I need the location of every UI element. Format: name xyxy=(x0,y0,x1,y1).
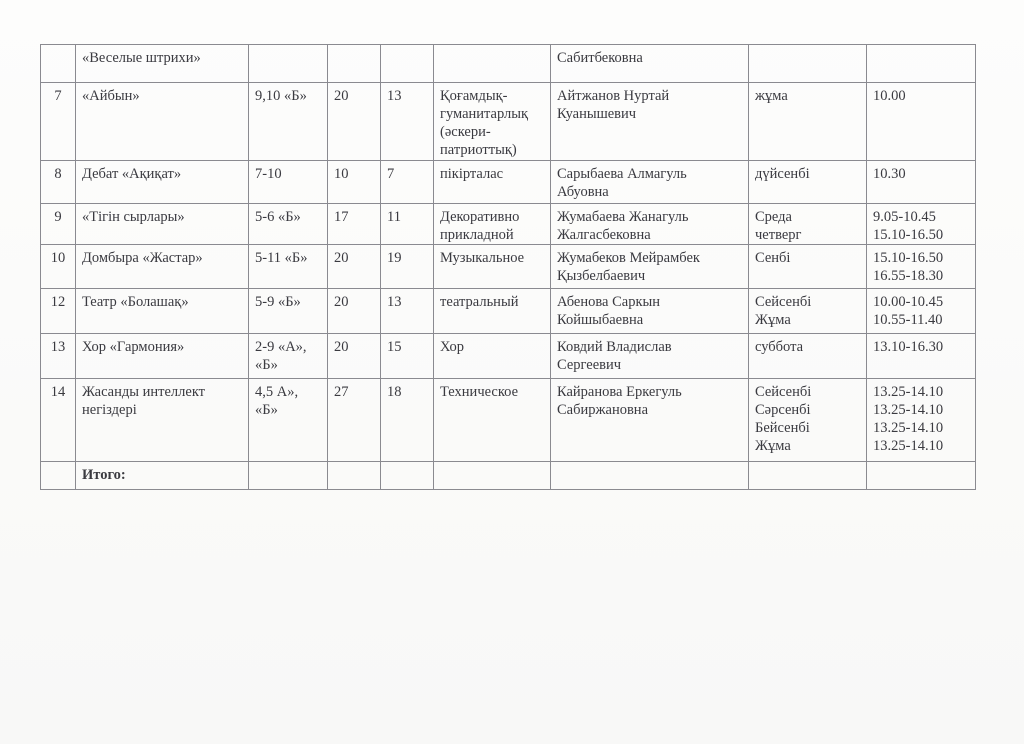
direction-line: (әскери- xyxy=(440,123,544,141)
teacher-cell: Сабитбековна xyxy=(551,45,749,83)
teacher-line: Сарыбаева Алмагуль xyxy=(557,165,742,183)
grade-line: 7-10 xyxy=(255,165,321,183)
days-cell: Средачетверг xyxy=(749,204,867,245)
direction-line: гуманитарлық xyxy=(440,105,544,123)
count-value: 13 xyxy=(387,294,402,310)
table-row: 10Домбыра «Жастар»5-11 «Б»2019Музыкально… xyxy=(41,245,976,289)
club-name-line: Театр «Болашақ» xyxy=(82,293,242,311)
table-row: 8Дебат «Ақиқат»7-10107пікірталасСарыбаев… xyxy=(41,161,976,204)
count-value: 13 xyxy=(387,88,402,104)
total-direction-cell xyxy=(434,462,551,490)
students-value: 20 xyxy=(334,88,349,104)
days-line: Жұма xyxy=(755,437,860,455)
days-cell: дүйсенбі xyxy=(749,161,867,204)
number-value: 14 xyxy=(51,384,66,400)
direction-line: патриоттық) xyxy=(440,141,544,159)
grade-cell: 4,5 А»,«Б» xyxy=(249,379,328,462)
times-line: 13.25-14.10 xyxy=(873,401,969,419)
grade-line: «Б» xyxy=(255,356,321,374)
club-name-line: «Айбын» xyxy=(82,87,242,105)
club-name-cell: «Веселые штрихи» xyxy=(76,45,249,83)
direction-cell: пікірталас xyxy=(434,161,551,204)
total-grade-cell xyxy=(249,462,328,490)
direction-line: пікірталас xyxy=(440,165,544,183)
table-row: «Веселые штрихи»Сабитбековна xyxy=(41,45,976,83)
teacher-line: Кайранова Еркегуль xyxy=(557,383,742,401)
direction-line: Хор xyxy=(440,338,544,356)
count-value: 18 xyxy=(387,384,402,400)
students-cell: 10 xyxy=(328,161,381,204)
club-name-line: негіздері xyxy=(82,401,242,419)
number-cell: 7 xyxy=(41,83,76,161)
students-cell: 20 xyxy=(328,245,381,289)
direction-line: Техническое xyxy=(440,383,544,401)
times-line: 10.55-11.40 xyxy=(873,311,969,329)
club-name-line: Дебат «Ақиқат» xyxy=(82,165,242,183)
grade-line: 5-6 «Б» xyxy=(255,208,321,226)
number-cell: 12 xyxy=(41,289,76,334)
total-times-cell xyxy=(867,462,976,490)
times-cell: 10.00 xyxy=(867,83,976,161)
count-cell xyxy=(381,45,434,83)
table-row: 14Жасанды интеллектнегіздері4,5 А»,«Б»27… xyxy=(41,379,976,462)
club-name-line: Жасанды интеллект xyxy=(82,383,242,401)
days-line: Среда xyxy=(755,208,860,226)
times-cell: 10.00-10.4510.55-11.40 xyxy=(867,289,976,334)
count-cell: 7 xyxy=(381,161,434,204)
times-line: 10.00-10.45 xyxy=(873,293,969,311)
number-cell: 13 xyxy=(41,334,76,379)
table-row: 12Театр «Болашақ»5-9 «Б»2013театральныйА… xyxy=(41,289,976,334)
grade-line: 9,10 «Б» xyxy=(255,87,321,105)
students-cell: 20 xyxy=(328,83,381,161)
grade-cell: 9,10 «Б» xyxy=(249,83,328,161)
days-line: Сәрсенбі xyxy=(755,401,860,419)
students-value: 17 xyxy=(334,209,349,225)
teacher-line: Жумабеков Мейрамбек xyxy=(557,249,742,267)
teacher-line: Сергеевич xyxy=(557,356,742,374)
number-value: 10 xyxy=(51,250,66,266)
days-line: Сенбі xyxy=(755,249,860,267)
number-cell: 8 xyxy=(41,161,76,204)
count-value: 19 xyxy=(387,250,402,266)
days-line: суббота xyxy=(755,338,860,356)
times-line: 10.30 xyxy=(873,165,969,183)
direction-cell: Музыкальное xyxy=(434,245,551,289)
club-name-cell: «Айбын» xyxy=(76,83,249,161)
club-name-cell: Жасанды интеллектнегіздері xyxy=(76,379,249,462)
teacher-line: Куанышевич xyxy=(557,105,742,123)
grade-cell: 2-9 «А»,«Б» xyxy=(249,334,328,379)
days-cell: жұма xyxy=(749,83,867,161)
times-cell: 13.25-14.1013.25-14.1013.25-14.1013.25-1… xyxy=(867,379,976,462)
count-cell: 13 xyxy=(381,83,434,161)
students-cell xyxy=(328,45,381,83)
total-count-cell xyxy=(381,462,434,490)
grade-line: 5-9 «Б» xyxy=(255,293,321,311)
number-value: 8 xyxy=(54,166,61,182)
times-line: 9.05-10.45 xyxy=(873,208,969,226)
grade-cell xyxy=(249,45,328,83)
students-value: 27 xyxy=(334,384,349,400)
teacher-line: Абенова Саркын xyxy=(557,293,742,311)
times-line: 15.10-16.50 xyxy=(873,226,969,244)
number-cell: 9 xyxy=(41,204,76,245)
times-cell: 9.05-10.4515.10-16.50 xyxy=(867,204,976,245)
times-cell: 13.10-16.30 xyxy=(867,334,976,379)
teacher-line: Сабитбековна xyxy=(557,49,742,67)
club-name-line: Домбыра «Жастар» xyxy=(82,249,242,267)
teacher-cell: Ковдий ВладиславСергеевич xyxy=(551,334,749,379)
direction-line: Қоғамдық- xyxy=(440,87,544,105)
club-name-cell: «Тігін сырлары» xyxy=(76,204,249,245)
direction-line: театральный xyxy=(440,293,544,311)
total-students-cell xyxy=(328,462,381,490)
club-name-cell: Хор «Гармония» xyxy=(76,334,249,379)
times-cell xyxy=(867,45,976,83)
number-value: 9 xyxy=(54,209,61,225)
club-name-line: «Тігін сырлары» xyxy=(82,208,242,226)
club-name-cell: Домбыра «Жастар» xyxy=(76,245,249,289)
total-teacher-cell xyxy=(551,462,749,490)
direction-line: Музыкальное xyxy=(440,249,544,267)
students-cell: 20 xyxy=(328,334,381,379)
club-name-line: Хор «Гармония» xyxy=(82,338,242,356)
days-line: Бейсенбі xyxy=(755,419,860,437)
days-line: жұма xyxy=(755,87,860,105)
students-cell: 27 xyxy=(328,379,381,462)
direction-cell: Хор xyxy=(434,334,551,379)
teacher-cell: Абенова СаркынКойшыбаевна xyxy=(551,289,749,334)
grade-cell: 5-9 «Б» xyxy=(249,289,328,334)
teacher-line: Койшыбаевна xyxy=(557,311,742,329)
direction-line: Декоративно xyxy=(440,208,544,226)
grade-line: «Б» xyxy=(255,401,321,419)
days-cell: суббота xyxy=(749,334,867,379)
students-cell: 20 xyxy=(328,289,381,334)
number-value: 7 xyxy=(54,88,61,104)
times-line: 10.00 xyxy=(873,87,969,105)
count-value: 7 xyxy=(387,166,394,182)
number-cell xyxy=(41,45,76,83)
direction-cell: Декоративноприкладной xyxy=(434,204,551,245)
count-cell: 15 xyxy=(381,334,434,379)
number-value: 13 xyxy=(51,339,66,355)
direction-cell xyxy=(434,45,551,83)
students-cell: 17 xyxy=(328,204,381,245)
days-line: четверг xyxy=(755,226,860,244)
students-value: 10 xyxy=(334,166,349,182)
total-label: Итого: xyxy=(82,467,126,483)
scanned-document-page: «Веселые штрихи»Сабитбековна7«Айбын»9,10… xyxy=(0,0,1024,744)
students-value: 20 xyxy=(334,339,349,355)
teacher-cell: Жумабаева ЖанагульЖалгасбековна xyxy=(551,204,749,245)
teacher-line: Айтжанов Нуртай xyxy=(557,87,742,105)
teacher-cell: Сарыбаева АлмагульАбуовна xyxy=(551,161,749,204)
grade-line: 5-11 «Б» xyxy=(255,249,321,267)
table-body: «Веселые штрихи»Сабитбековна7«Айбын»9,10… xyxy=(41,45,976,462)
table-row: 7«Айбын»9,10 «Б»2013Қоғамдық-гуманитарлы… xyxy=(41,83,976,161)
club-name-cell: Театр «Болашақ» xyxy=(76,289,249,334)
teacher-line: Сабиржановна xyxy=(557,401,742,419)
total-days-cell xyxy=(749,462,867,490)
count-cell: 13 xyxy=(381,289,434,334)
total-no-cell xyxy=(41,462,76,490)
days-line: Сейсенбі xyxy=(755,383,860,401)
times-line: 13.25-14.10 xyxy=(873,437,969,455)
table-row: 9«Тігін сырлары»5-6 «Б»1711Декоративнопр… xyxy=(41,204,976,245)
count-value: 11 xyxy=(387,209,401,225)
teacher-line: Жумабаева Жанагуль xyxy=(557,208,742,226)
days-cell: СейсенбіСәрсенбіБейсенбіЖұма xyxy=(749,379,867,462)
grade-line: 4,5 А», xyxy=(255,383,321,401)
times-line: 16.55-18.30 xyxy=(873,267,969,285)
club-schedule-table: «Веселые штрихи»Сабитбековна7«Айбын»9,10… xyxy=(40,44,976,490)
count-cell: 11 xyxy=(381,204,434,245)
teacher-line: Ковдий Владислав xyxy=(557,338,742,356)
days-line: Сейсенбі xyxy=(755,293,860,311)
times-cell: 10.30 xyxy=(867,161,976,204)
club-name-cell: Дебат «Ақиқат» xyxy=(76,161,249,204)
teacher-cell: Жумабеков МейрамбекҚызбелбаевич xyxy=(551,245,749,289)
direction-line: прикладной xyxy=(440,226,544,244)
number-cell: 14 xyxy=(41,379,76,462)
teacher-cell: Айтжанов НуртайКуанышевич xyxy=(551,83,749,161)
club-name-line: «Веселые штрихи» xyxy=(82,49,242,67)
grade-cell: 5-6 «Б» xyxy=(249,204,328,245)
days-cell xyxy=(749,45,867,83)
times-line: 15.10-16.50 xyxy=(873,249,969,267)
number-value: 12 xyxy=(51,294,66,310)
direction-cell: Техническое xyxy=(434,379,551,462)
teacher-cell: Кайранова ЕркегульСабиржановна xyxy=(551,379,749,462)
students-value: 20 xyxy=(334,294,349,310)
days-line: дүйсенбі xyxy=(755,165,860,183)
grade-cell: 5-11 «Б» xyxy=(249,245,328,289)
days-cell: Сенбі xyxy=(749,245,867,289)
times-cell: 15.10-16.5016.55-18.30 xyxy=(867,245,976,289)
students-value: 20 xyxy=(334,250,349,266)
table-row: 13Хор «Гармония»2-9 «А»,«Б»2015ХорКовдий… xyxy=(41,334,976,379)
teacher-line: Абуовна xyxy=(557,183,742,201)
total-row: Итого: xyxy=(41,462,976,490)
direction-cell: театральный xyxy=(434,289,551,334)
days-cell: СейсенбіЖұма xyxy=(749,289,867,334)
times-line: 13.25-14.10 xyxy=(873,419,969,437)
number-cell: 10 xyxy=(41,245,76,289)
teacher-line: Қызбелбаевич xyxy=(557,267,742,285)
count-cell: 18 xyxy=(381,379,434,462)
times-line: 13.25-14.10 xyxy=(873,383,969,401)
times-line: 13.10-16.30 xyxy=(873,338,969,356)
grade-cell: 7-10 xyxy=(249,161,328,204)
grade-line: 2-9 «А», xyxy=(255,338,321,356)
total-label-cell: Итого: xyxy=(76,462,249,490)
days-line: Жұма xyxy=(755,311,860,329)
direction-cell: Қоғамдық-гуманитарлық(әскери-патриоттық) xyxy=(434,83,551,161)
teacher-line: Жалгасбековна xyxy=(557,226,742,244)
count-value: 15 xyxy=(387,339,402,355)
count-cell: 19 xyxy=(381,245,434,289)
